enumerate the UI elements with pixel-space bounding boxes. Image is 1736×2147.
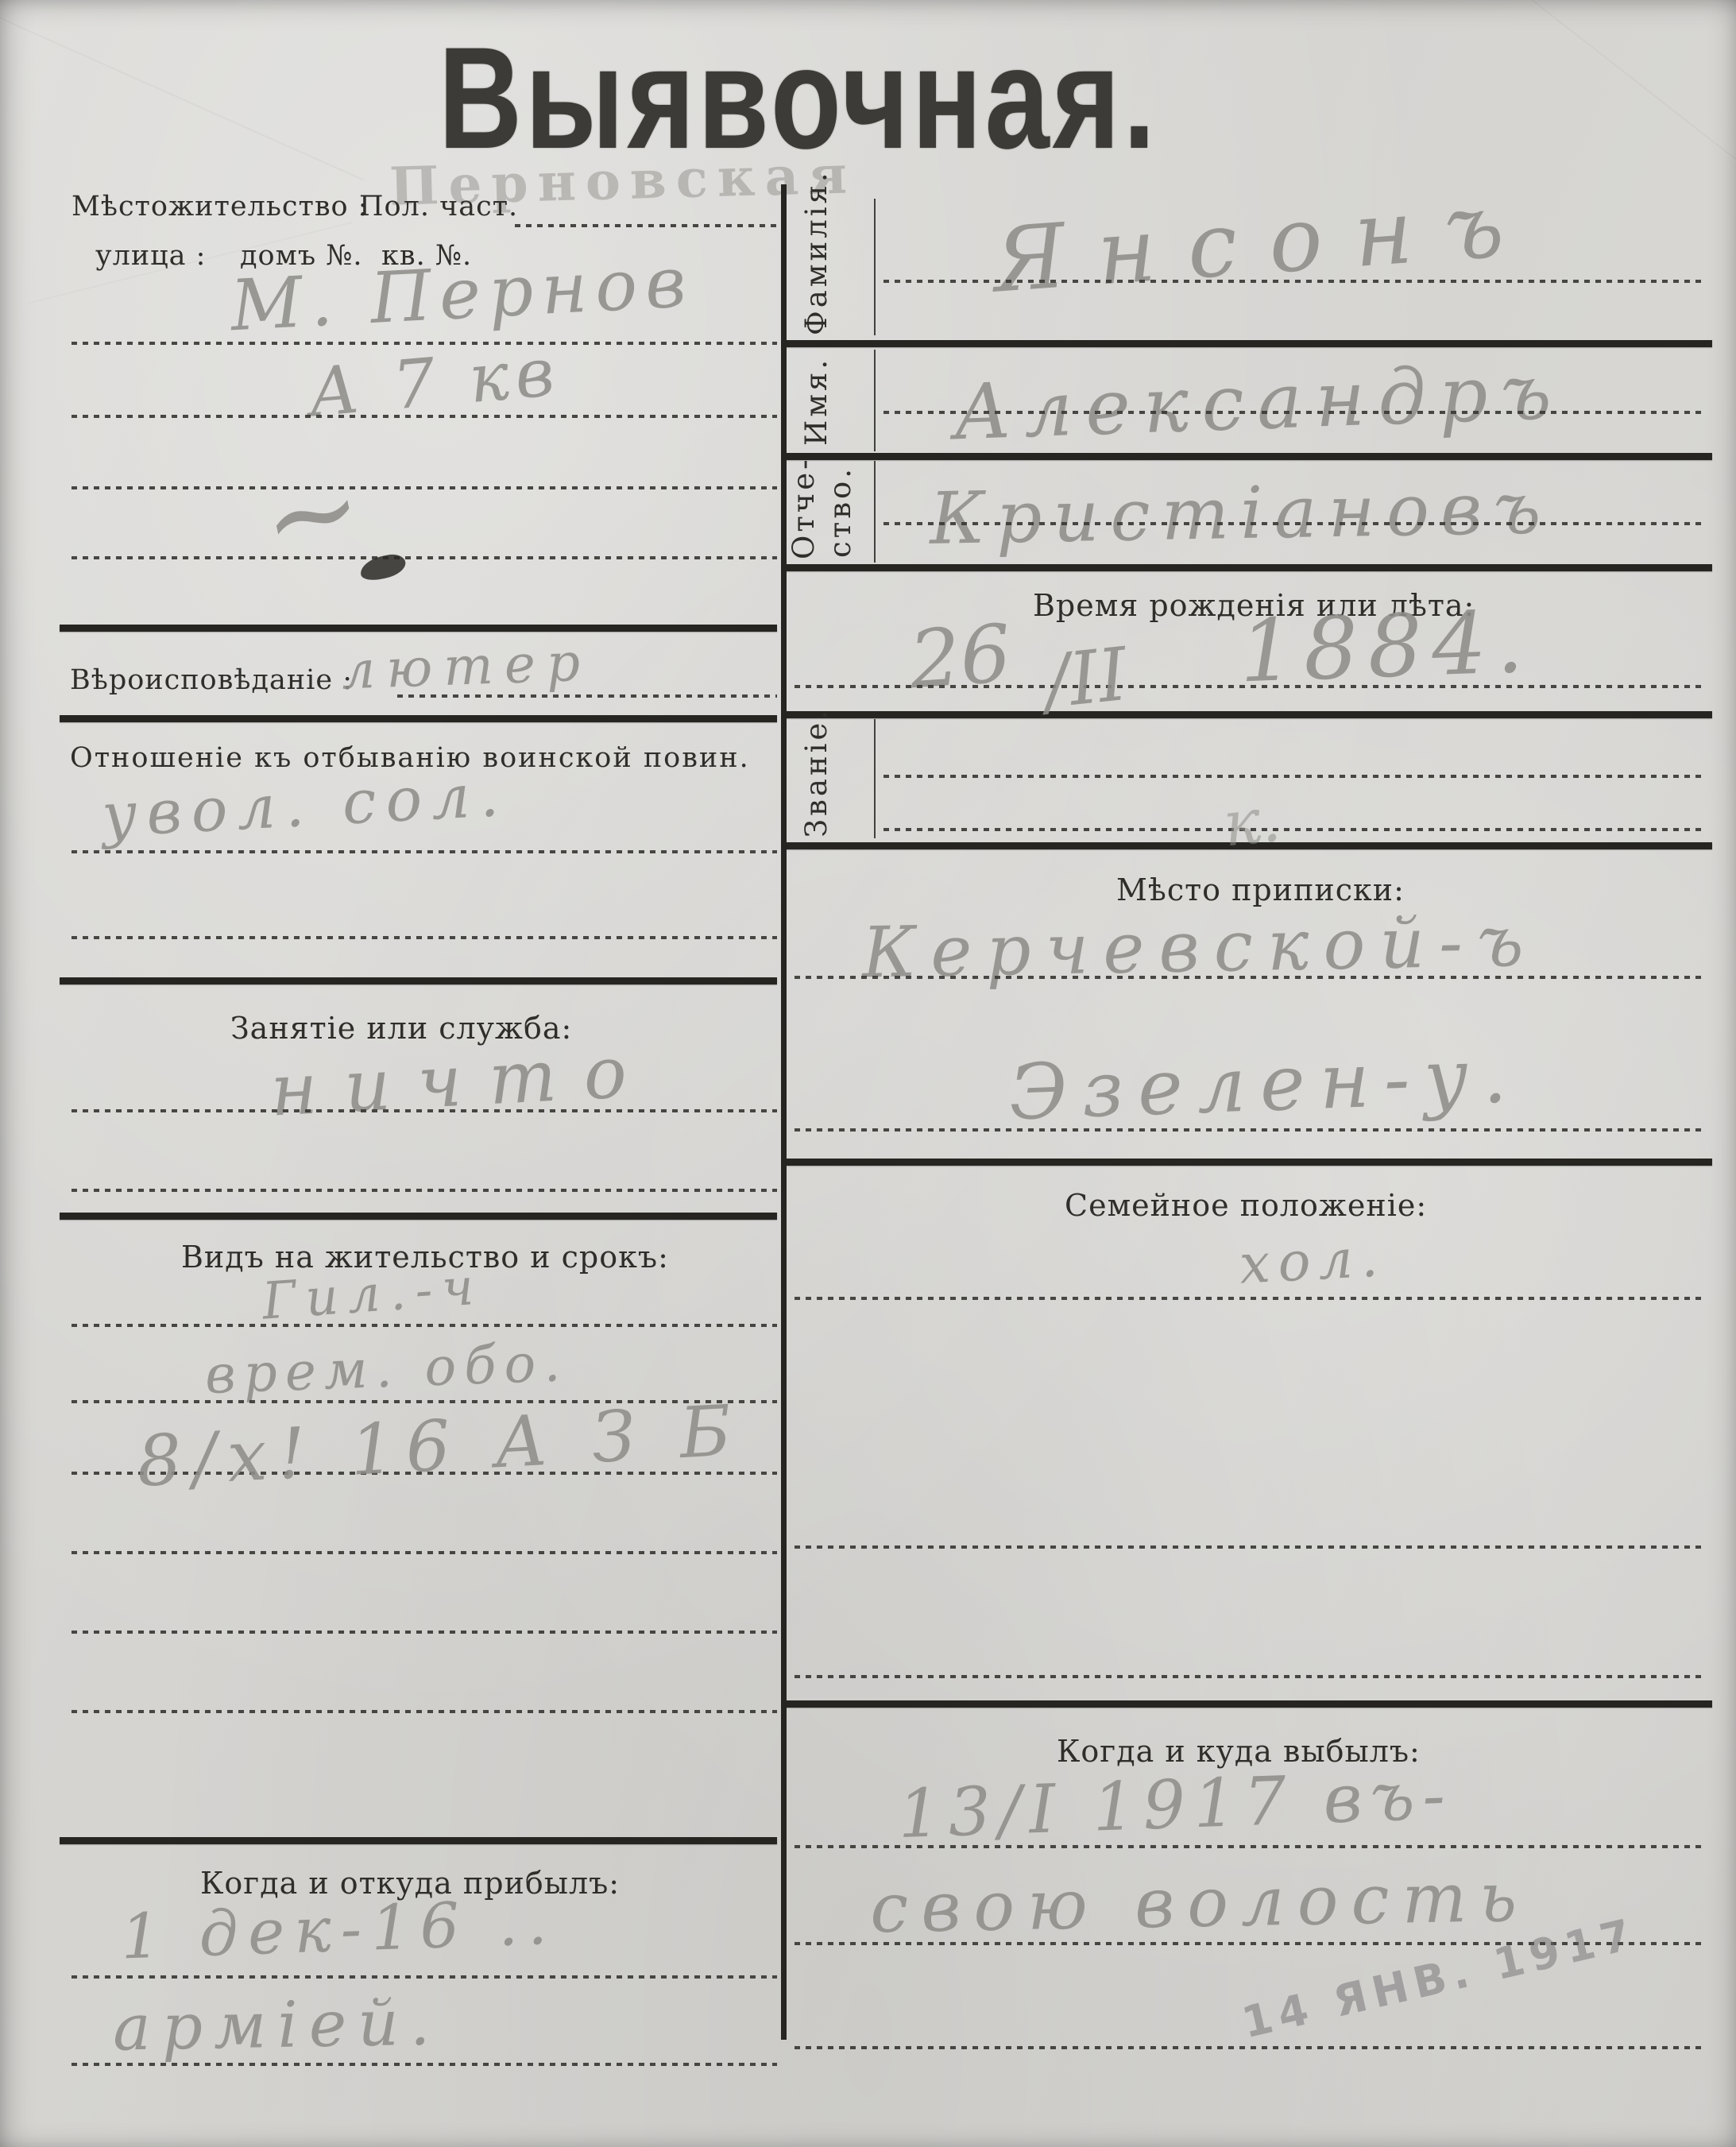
arrived-line — [72, 1975, 777, 1979]
label-separator — [874, 719, 876, 838]
military-line — [72, 850, 777, 853]
permit-line — [72, 1324, 777, 1327]
paper-crease — [0, 11, 364, 181]
registration-handwriting-1: Керчевской-ъ — [861, 900, 1538, 994]
religion-label: Вѣроисповѣданіе : — [70, 664, 353, 696]
departed-handwriting-1: 13/І 1917 въ- — [897, 1756, 1455, 1853]
rank-line — [883, 775, 1707, 778]
birth-day-handwriting: 26 — [907, 607, 1014, 707]
military-line — [72, 936, 777, 939]
police-part-label: Пол. част. — [359, 191, 518, 222]
section-rule — [787, 1159, 1712, 1166]
family-status-label: Семейное положеніе: — [1065, 1188, 1427, 1223]
section-rule — [787, 711, 1712, 718]
permit-handwriting-3: 8/х! 16 А З Б — [135, 1389, 744, 1503]
residence-line — [72, 486, 777, 489]
departed-line — [795, 2046, 1707, 2049]
rank-label: Званіе. — [799, 721, 833, 838]
occupation-line — [72, 1109, 777, 1112]
registration-line — [795, 976, 1707, 979]
residence-line — [72, 415, 777, 418]
family-status-line — [795, 1297, 1707, 1300]
birth-date-line — [795, 685, 1707, 688]
section-rule — [60, 1213, 777, 1220]
residence-line — [72, 556, 777, 559]
registration-line — [795, 1128, 1707, 1132]
section-rule — [60, 625, 777, 632]
birth-month-handwriting: /ІІ — [1041, 632, 1131, 725]
arrived-handwriting-1: 1 дек-16 .. — [120, 1886, 558, 1973]
section-rule — [787, 564, 1712, 571]
patronymic-label-line2: ство. — [823, 464, 857, 559]
empty-line — [795, 1675, 1707, 1678]
police-part-line — [515, 224, 777, 227]
patronymic-label-line1: Отче- — [787, 464, 821, 559]
rank-handwriting: к. — [1220, 784, 1283, 861]
first-name-label: Имя. — [799, 351, 833, 451]
residence-label: Мѣстожительство : — [72, 191, 369, 222]
patronymic-handwriting: Кристіановъ — [929, 466, 1552, 561]
pencil-flourish: ~ — [249, 436, 375, 592]
first-name-line — [883, 411, 1707, 414]
empty-line — [795, 1545, 1707, 1549]
column-divider — [781, 184, 787, 2040]
label-separator — [874, 461, 876, 563]
family-status-handwriting: хол. — [1238, 1226, 1387, 1297]
patronymic-line — [883, 522, 1707, 525]
departed-line — [795, 1845, 1707, 1848]
permit-handwriting-2: врем. обо. — [204, 1332, 570, 1406]
section-rule — [60, 715, 777, 722]
first-name-handwriting: Александръ — [952, 347, 1565, 458]
paper-crease — [1397, 0, 1736, 171]
arrived-line — [72, 2063, 777, 2066]
religion-handwriting: лютер — [341, 632, 593, 702]
departed-handwriting-2: свою волость — [869, 1858, 1530, 1948]
label-separator — [874, 199, 876, 335]
rank-line — [883, 828, 1707, 831]
section-rule — [60, 977, 777, 985]
permit-line — [72, 1551, 777, 1554]
surname-line — [883, 280, 1707, 283]
permit-line — [72, 1710, 777, 1713]
registration-place-label: Мѣсто приписки: — [1116, 872, 1405, 907]
registration-card: Выявочная. Перновская Мѣстожительство : … — [0, 0, 1736, 2147]
occupation-line — [72, 1189, 777, 1192]
permit-line — [72, 1631, 777, 1634]
label-separator — [874, 350, 876, 451]
section-rule — [60, 1837, 777, 1844]
section-rule — [787, 340, 1712, 347]
section-rule — [787, 1700, 1712, 1708]
surname-handwriting: Янсонъ — [990, 172, 1538, 312]
surname-label: Фамилія. — [799, 200, 833, 335]
registration-handwriting-2: Эзелен-у. — [1007, 1031, 1522, 1137]
arrived-handwriting-2: арміей. — [112, 1985, 442, 2064]
section-rule — [787, 453, 1712, 460]
street-label: улица : — [95, 240, 206, 272]
